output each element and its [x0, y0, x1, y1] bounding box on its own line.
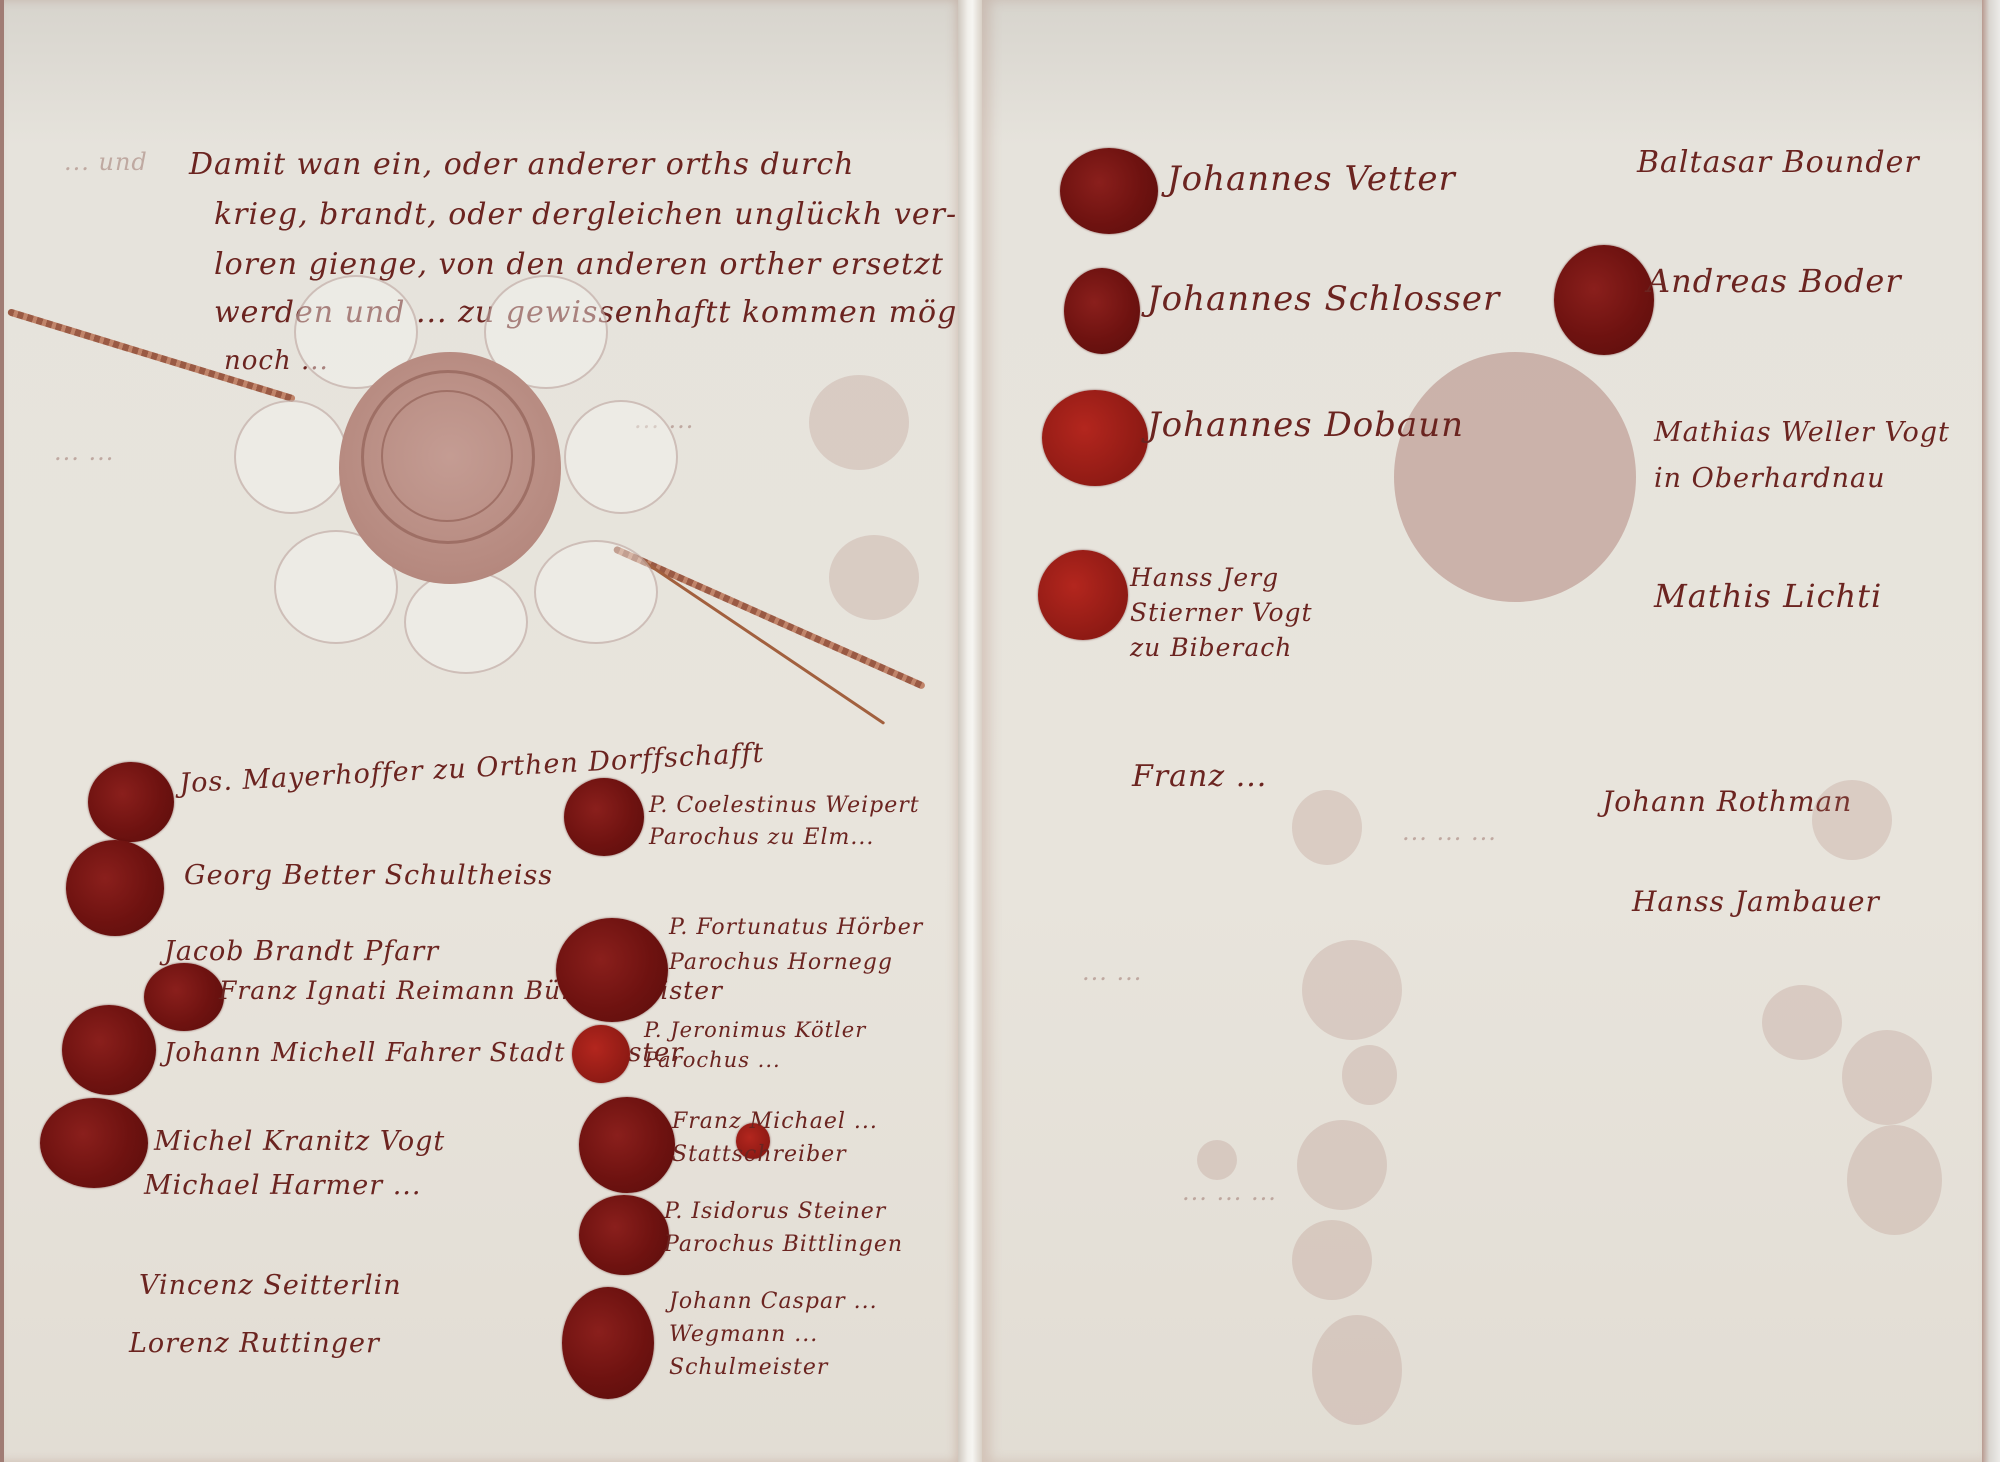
faded-seal-mark: [1812, 780, 1892, 860]
signature: Johann Caspar ... Wegmann ... Schulmeist…: [669, 1285, 939, 1384]
wax-seal: [564, 778, 644, 856]
faded-seal-mark: [1292, 790, 1362, 865]
faded-seal-mark: [1842, 1030, 1932, 1125]
margin-fragment: ... ...: [54, 440, 114, 464]
signature: P. Fortunatus Hörber Parochus Hornegg: [669, 910, 939, 980]
wax-seal: [1042, 390, 1148, 486]
seal-paper-petal: [404, 570, 528, 674]
wax-seal: [579, 1195, 669, 1275]
wax-seal: [88, 762, 174, 842]
signature: P. Jeronimus Kötler Parochus ...: [644, 1015, 934, 1076]
signature: Franz Michael ... Stattschreiber: [672, 1105, 942, 1171]
right-page: Johannes Vetter Johannes Schlosser Johan…: [982, 0, 1982, 1462]
margin-fragment: ... und: [64, 150, 148, 174]
signature: Lorenz Ruttinger: [129, 1330, 380, 1357]
signature: P. Isidorus Steiner Parochus Bittlingen: [664, 1195, 944, 1261]
wax-seal: [40, 1098, 148, 1188]
signature: Georg Better Schultheiss: [184, 862, 553, 889]
faded-seal-mark: [1312, 1315, 1402, 1425]
seal-paper-petal: [234, 400, 348, 514]
faded-seal-mark: [1197, 1140, 1237, 1180]
wax-seal: [562, 1287, 654, 1399]
faint-text: ... ... ...: [1182, 1180, 1277, 1204]
faded-seal-mark: [1342, 1045, 1397, 1105]
wax-seal: [556, 918, 668, 1022]
great-seal: [339, 352, 561, 584]
signature: Hanss Jambauer: [1632, 888, 1880, 916]
left-page: ... und Damit wan ein, oder anderer orth…: [0, 0, 962, 1462]
wax-seal: [62, 1005, 156, 1095]
signature: Mathis Lichti: [1654, 580, 1882, 612]
wax-seal: [144, 963, 224, 1031]
signature: Andreas Boder: [1647, 265, 1902, 297]
wax-seal: [1060, 148, 1158, 234]
signature: Baltasar Bounder: [1637, 148, 1920, 178]
signature: Mathias Weller Vogt in Oberhardnau: [1654, 410, 1954, 502]
signature: Johannes Dobaun: [1147, 408, 1464, 442]
body-line: loren gienge, von den anderen orther ers…: [214, 250, 944, 280]
signature: Vincenz Seitterlin: [139, 1272, 402, 1299]
wax-seal: [572, 1025, 630, 1083]
faded-seal-mark: [809, 375, 909, 470]
faded-seal-mark: [1297, 1120, 1387, 1210]
signature: Jacob Brandt Pfarr: [164, 938, 439, 965]
body-line: krieg, brandt, oder dergleichen unglückh…: [214, 200, 957, 230]
faded-seal-mark: [1847, 1125, 1942, 1235]
body-line: Damit wan ein, oder anderer orths durch: [189, 150, 854, 180]
signature: Michel Kranitz Vogt: [154, 1128, 445, 1155]
faded-seal-mark: [1292, 1220, 1372, 1300]
seal-ring: [381, 390, 513, 522]
faded-great-seal: [1394, 352, 1636, 602]
page-gutter: [958, 0, 982, 1462]
wax-seal: [579, 1097, 675, 1193]
signature: Johannes Vetter: [1167, 162, 1456, 196]
signature: Johannes Schlosser: [1147, 282, 1500, 316]
faded-seal-mark: [829, 535, 919, 620]
seal-paper-petal: [534, 540, 658, 644]
signature: Jos. Mayerhoffer zu Orthen Dorffschafft: [179, 740, 765, 798]
signature: P. Coelestinus Weipert Parochus zu Elm..…: [649, 790, 929, 854]
wax-seal: [1064, 268, 1140, 354]
seal-paper-petal: [564, 400, 678, 514]
wax-seal: [66, 840, 164, 936]
faint-text: ... ... ...: [1402, 820, 1497, 844]
wax-seal: [1038, 550, 1128, 640]
faded-seal-mark: [1762, 985, 1842, 1060]
page-edge: [1982, 0, 2000, 1462]
signature: Michael Harmer ...: [144, 1172, 421, 1199]
faint-text: ... ...: [1082, 960, 1142, 984]
signature: Franz ...: [1132, 762, 1267, 792]
faded-seal-mark: [1302, 940, 1402, 1040]
signature: Hanss Jerg Stierner Vogt zu Biberach: [1130, 560, 1350, 665]
wax-seal: [1554, 245, 1654, 355]
